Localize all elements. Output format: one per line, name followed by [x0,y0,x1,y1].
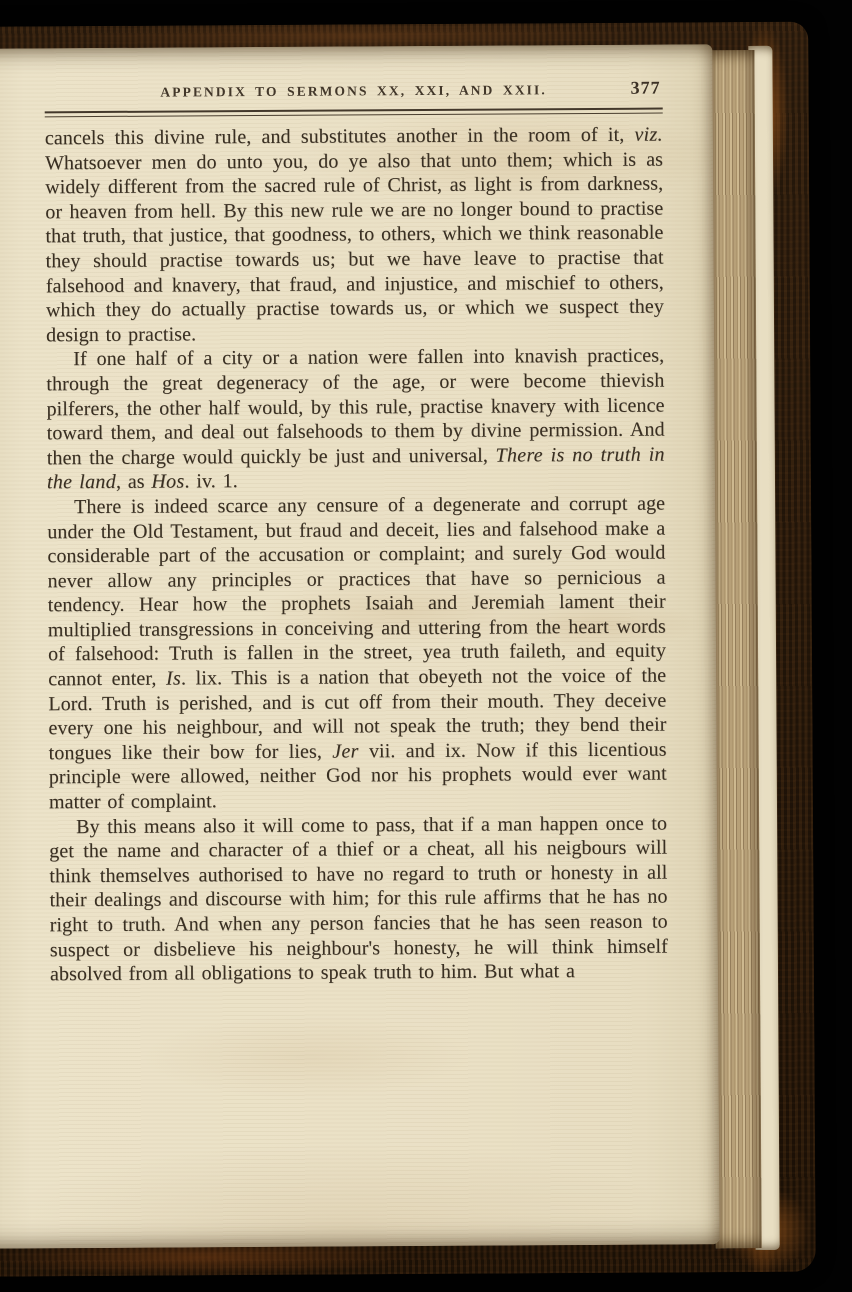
paragraph: cancels this divine rule, and substitute… [45,123,664,348]
running-header: APPENDIX TO SERMONS XX, XXI, AND XXII. 3… [45,81,663,107]
header-double-rule [45,108,663,118]
text-block: APPENDIX TO SERMONS XX, XXI, AND XXII. 3… [45,81,669,988]
book-page: APPENDIX TO SERMONS XX, XXI, AND XXII. 3… [0,44,720,1248]
photo-background: APPENDIX TO SERMONS XX, XXI, AND XXII. 3… [0,0,852,1292]
paragraph: By this means also it will come to pass,… [49,811,668,987]
paragraph: If one half of a city or a nation were f… [46,344,665,495]
paragraph: There is indeed scarce any censure of a … [47,491,667,814]
page-body: cancels this divine rule, and substitute… [45,123,668,988]
page-number: 377 [631,78,661,99]
book: APPENDIX TO SERMONS XX, XXI, AND XXII. 3… [0,0,852,1292]
header-title: APPENDIX TO SERMONS XX, XXI, AND XXII. [160,82,547,99]
